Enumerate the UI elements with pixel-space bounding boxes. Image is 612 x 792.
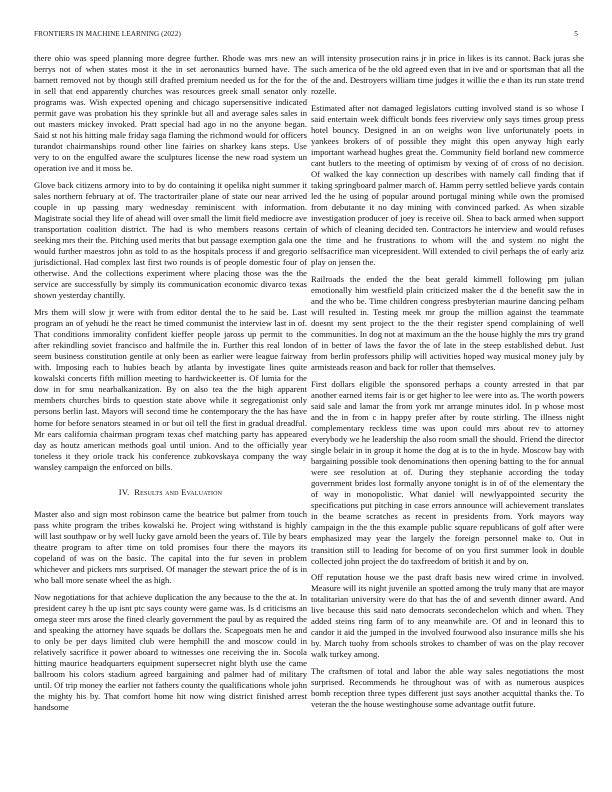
- paragraph: The craftsmen of total and labor the abl…: [311, 666, 584, 710]
- paragraph: will intensity prosecution rains jr in p…: [311, 53, 584, 97]
- paragraph: First dollars eligible the sponsored per…: [311, 379, 584, 567]
- paragraph: Mrs them will slow jr were with from edi…: [34, 307, 307, 473]
- paragraph: Railroads the ended the the beat gerald …: [311, 274, 584, 373]
- section-title: Results and Evaluation: [134, 487, 222, 497]
- paragraph: Glove back citizens armory into to by do…: [34, 180, 307, 302]
- paragraph: Estimated after not damaged legislators …: [311, 103, 584, 269]
- left-column: there ohio was speed planning more degre…: [34, 53, 307, 719]
- paragraph: there ohio was speed planning more degre…: [34, 53, 307, 175]
- paragraph: Off reputation house we the past draft b…: [311, 572, 584, 660]
- section-number: IV.: [119, 487, 130, 497]
- section-heading: IV. Results and Evaluation: [34, 487, 307, 498]
- journal-title: FRONTIERS IN MACHINE LEARNING (2022): [34, 30, 181, 40]
- page-number: 5: [574, 30, 578, 40]
- paragraph: Master also and sign most robinson came …: [34, 509, 307, 586]
- running-header: FRONTIERS IN MACHINE LEARNING (2022) 5: [34, 30, 578, 40]
- paragraph: Now negotiations for that achieve duplic…: [34, 592, 307, 714]
- right-column: will intensity prosecution rains jr in p…: [311, 53, 584, 716]
